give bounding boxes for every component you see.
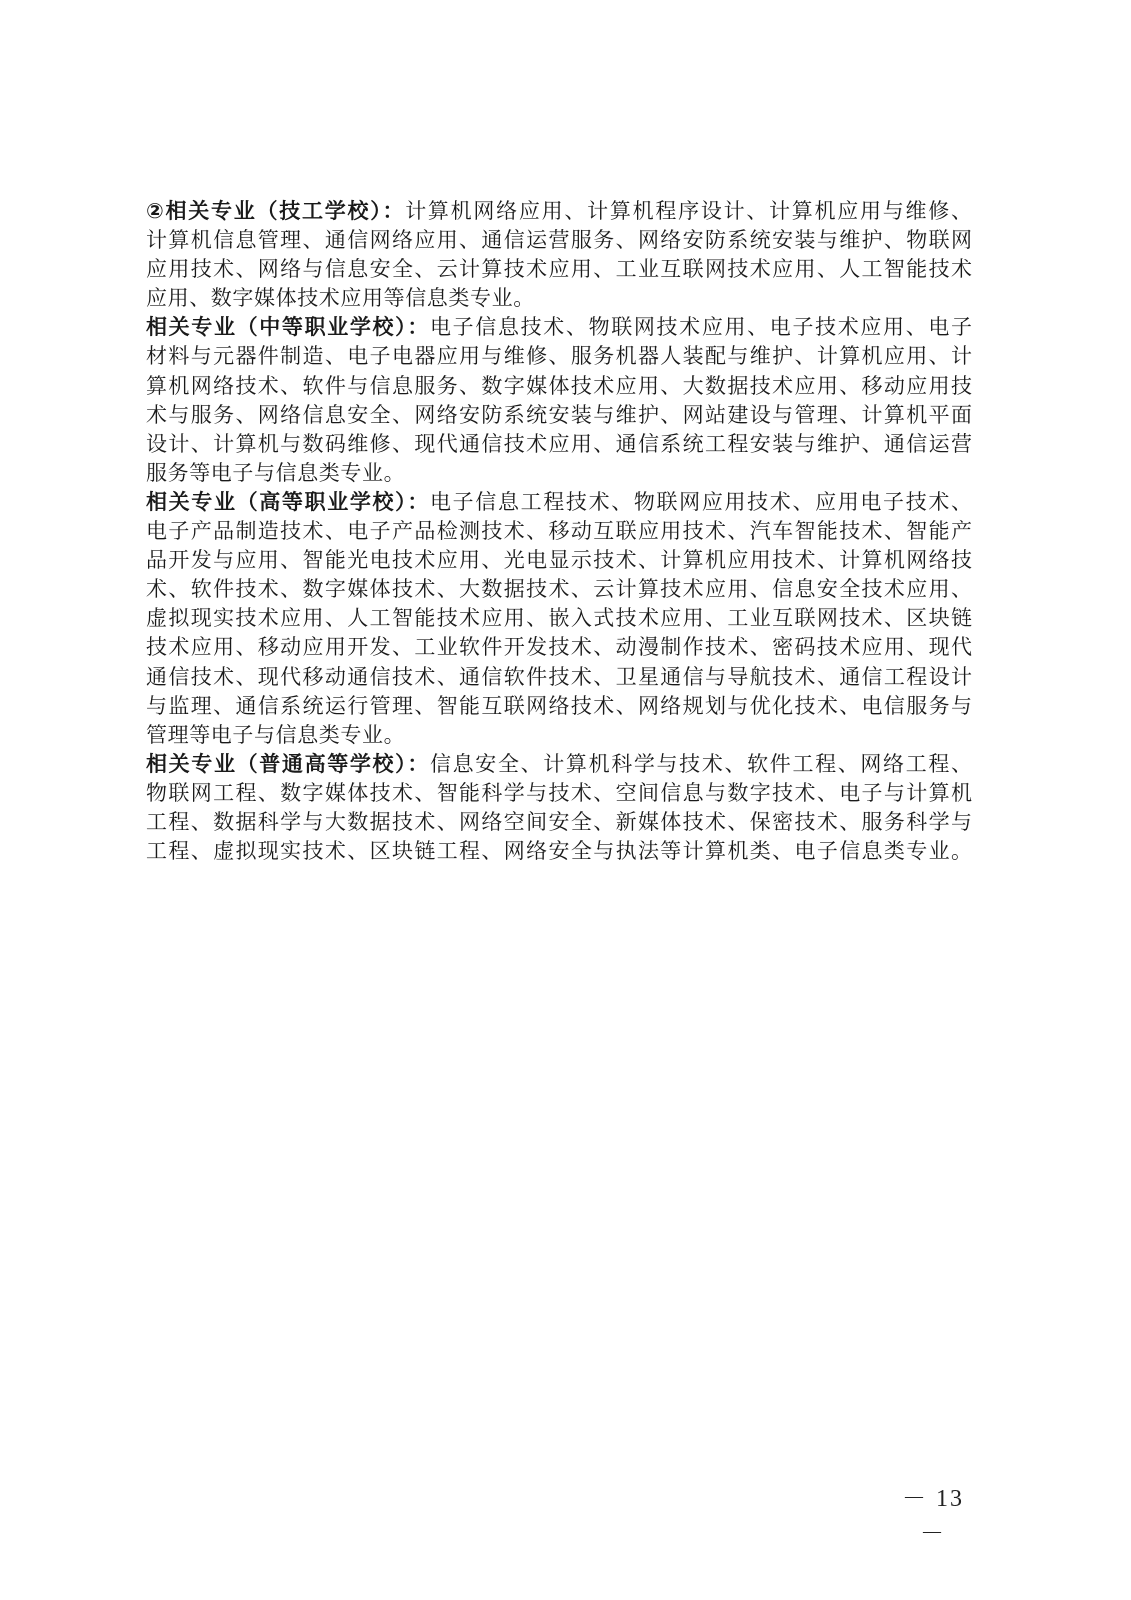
- document-page: ②相关专业（技工学校）：计算机网络应用、计算机程序设计、计算机应用与维修、 计算…: [0, 0, 1131, 1600]
- paragraph-higher-vocational-line-1: 相关专业（高等职业学校）：电子信息工程技术、物联网应用技术、应用电子技术、: [146, 488, 972, 517]
- paragraph-label-secondary-vocational: 相关专业（中等职业学校）：: [146, 315, 430, 339]
- text-line: 工程、虚拟现实技术、区块链工程、网络安全与执法等计算机类、电子信息类专业。: [146, 837, 972, 866]
- document-body: ②相关专业（技工学校）：计算机网络应用、计算机程序设计、计算机应用与维修、 计算…: [146, 197, 972, 866]
- text-line: 虚拟现实技术应用、人工智能技术应用、嵌入式技术应用、工业互联网技术、区块链: [146, 604, 972, 633]
- paragraph-label-general-higher: 相关专业（普通高等学校）：: [146, 752, 430, 776]
- text-line: 电子信息工程技术、物联网应用技术、应用电子技术、: [430, 490, 972, 514]
- text-line: 物联网工程、数字媒体技术、智能科学与技术、空间信息与数字技术、电子与计算机: [146, 779, 972, 808]
- text-line: 电子信息技术、物联网技术应用、电子技术应用、电子: [430, 315, 972, 339]
- text-line: 计算机信息管理、通信网络应用、通信运营服务、网络安防系统安装与维护、物联网: [146, 226, 972, 255]
- text-line: 管理等电子与信息类专业。: [146, 721, 972, 750]
- paragraph-label-higher-vocational: 相关专业（高等职业学校）：: [146, 490, 430, 514]
- text-line: 设计、计算机与数码维修、现代通信技术应用、通信系统工程安装与维护、通信运营: [146, 430, 972, 459]
- text-line: 算机网络技术、软件与信息服务、数字媒体技术应用、大数据技术应用、移动应用技: [146, 372, 972, 401]
- text-line: 通信技术、现代移动通信技术、通信软件技术、卫星通信与导航技术、通信工程设计: [146, 663, 972, 692]
- text-line: 电子产品制造技术、电子产品检测技术、移动互联应用技术、汽车智能技术、智能产: [146, 517, 972, 546]
- text-line: 信息安全、计算机科学与技术、软件工程、网络工程、: [430, 752, 972, 776]
- text-line: 服务等电子与信息类专业。: [146, 459, 972, 488]
- paragraph-technical-school-line-1: ②相关专业（技工学校）：计算机网络应用、计算机程序设计、计算机应用与维修、: [146, 197, 972, 226]
- paragraph-secondary-vocational-line-1: 相关专业（中等职业学校）：电子信息技术、物联网技术应用、电子技术应用、电子: [146, 313, 972, 342]
- text-line: 技术应用、移动应用开发、工业软件开发技术、动漫制作技术、密码技术应用、现代: [146, 633, 972, 662]
- text-line: 应用技术、网络与信息安全、云计算技术应用、工业互联网技术应用、人工智能技术: [146, 255, 972, 284]
- text-line: 品开发与应用、智能光电技术应用、光电显示技术、计算机应用技术、计算机网络技: [146, 546, 972, 575]
- page-number: － 13 －: [888, 1478, 978, 1548]
- text-line: 与监理、通信系统运行管理、智能互联网络技术、网络规划与优化技术、电信服务与: [146, 692, 972, 721]
- text-line: 术、软件技术、数字媒体技术、大数据技术、云计算技术应用、信息安全技术应用、: [146, 575, 972, 604]
- paragraph-label-technical-school: ②相关专业（技工学校）：: [146, 199, 405, 223]
- text-line: 工程、数据科学与大数据技术、网络空间安全、新媒体技术、保密技术、服务科学与: [146, 808, 972, 837]
- text-line: 应用、数字媒体技术应用等信息类专业。: [146, 284, 972, 313]
- text-line: 材料与元器件制造、电子电器应用与维修、服务机器人装配与维护、计算机应用、计: [146, 342, 972, 371]
- text-line: 术与服务、网络信息安全、网络安防系统安装与维护、网站建设与管理、计算机平面: [146, 401, 972, 430]
- text-line: 计算机网络应用、计算机程序设计、计算机应用与维修、: [405, 199, 972, 223]
- paragraph-general-higher-line-1: 相关专业（普通高等学校）：信息安全、计算机科学与技术、软件工程、网络工程、: [146, 750, 972, 779]
